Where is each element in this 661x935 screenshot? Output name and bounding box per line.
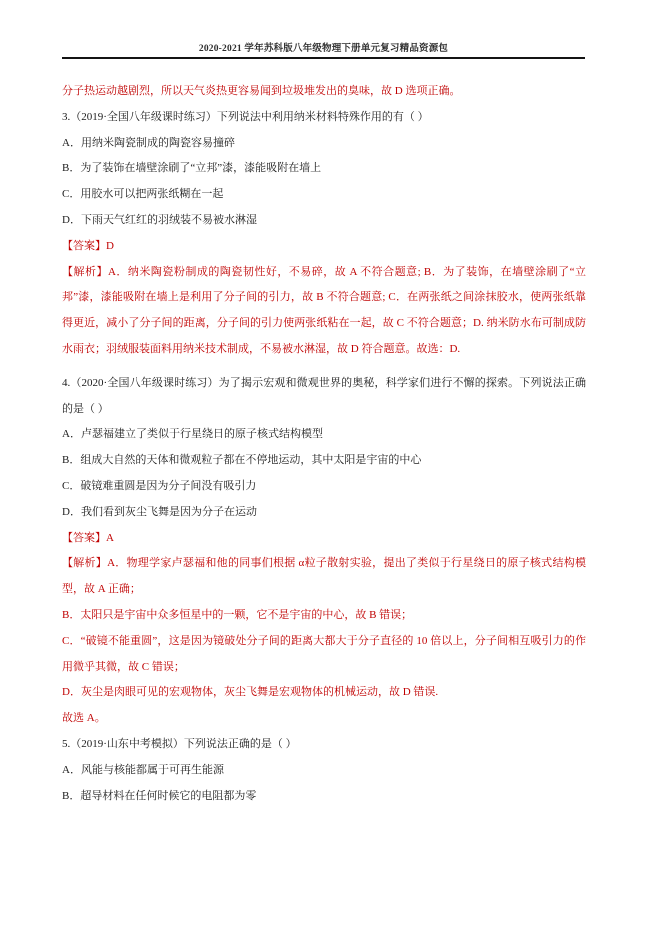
paragraph: D．灰尘是肉眼可见的宏观物体，灰尘飞舞是宏观物体的机械运动，故 D 错误. — [62, 680, 586, 706]
paragraph: C．“破镜不能重圆”，这是因为镜破处分子间的距离大都大于分子直径的 10 倍以上… — [62, 629, 586, 681]
paragraph: 故选 A。 — [62, 706, 586, 732]
paragraph: B．超导材料在任何时候它的电阻都为零 — [62, 784, 586, 810]
paragraph: D．我们看到灰尘飞舞是因为分子在运动 — [62, 500, 586, 526]
paragraph: 分子热运动越剧烈，所以天气炎热更容易闻到垃圾堆发出的臭味，故 D 选项正确。 — [62, 79, 586, 105]
paragraph: D．下雨天气红红的羽绒装不易被水淋湿 — [62, 208, 586, 234]
paragraph: B．为了装饰在墙壁涂刷了“立邦”漆，漆能吸附在墙上 — [62, 156, 586, 182]
paragraph: C．用胶水可以把两张纸糊在一起 — [62, 182, 586, 208]
document-header: 2020-2021 学年苏科版八年级物理下册单元复习精品资源包 — [62, 38, 585, 56]
paragraph: C．破镜难重圆是因为分子间没有吸引力 — [62, 474, 586, 500]
paragraph: 【答案】D — [62, 234, 586, 260]
paragraph: A．用纳米陶瓷制成的陶瓷容易撞碎 — [62, 131, 586, 157]
paragraph: A．卢瑟福建立了类似于行星绕日的原子核式结构模型 — [62, 422, 586, 448]
paragraph: 3.（2019·全国八年级课时练习）下列说法中利用纳米材料特殊作用的有（ ） — [62, 105, 586, 131]
header-divider — [62, 57, 585, 59]
paragraph: 【答案】A — [62, 526, 586, 552]
document-body: 分子热运动越剧烈，所以天气炎热更容易闻到垃圾堆发出的臭味，故 D 选项正确。3.… — [62, 79, 586, 809]
paragraph: 【解析】A．纳米陶瓷粉制成的陶瓷韧性好，不易碎，故 A 不符合题意; B．为了装… — [62, 260, 586, 363]
header-title: 2020-2021 学年苏科版八年级物理下册单元复习精品资源包 — [199, 44, 448, 54]
paragraph: B．太阳只是宇宙中众多恒星中的一颗，它不是宇宙的中心，故 B 错误； — [62, 603, 586, 629]
paragraph: B．组成大自然的天体和微观粒子都在不停地运动，其中太阳是宇宙的中心 — [62, 448, 586, 474]
paragraph: 4.（2020·全国八年级课时练习）为了揭示宏观和微观世界的奥秘，科学家们进行不… — [62, 371, 586, 423]
paragraph: A．风能与核能都属于可再生能源 — [62, 758, 586, 784]
paragraph: 5.（2019·山东中考模拟）下列说法正确的是（ ） — [62, 732, 586, 758]
paragraph: 【解析】A．物理学家卢瑟福和他的同事们根据 α粒子散射实验，提出了类似于行星绕日… — [62, 551, 586, 603]
